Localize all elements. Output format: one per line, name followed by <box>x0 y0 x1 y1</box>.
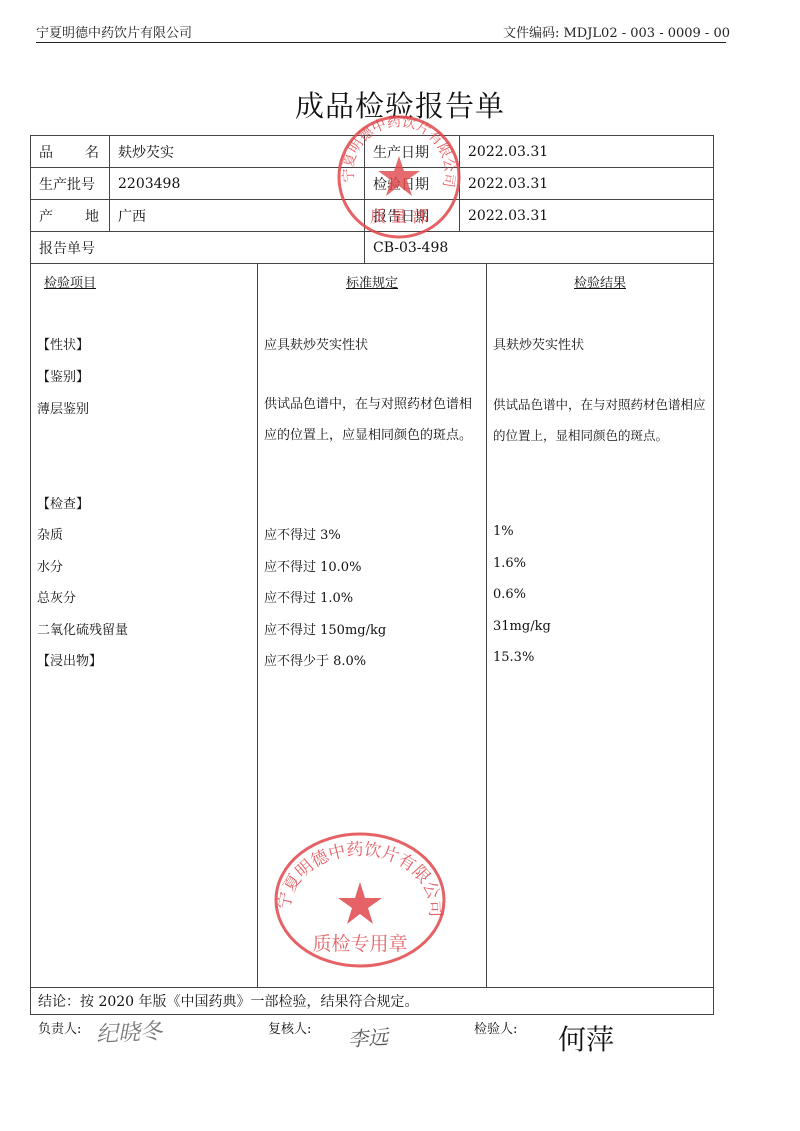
report-date-value: 2022.03.31 <box>460 200 713 231</box>
column-items: 检验项目 【性状】 【鉴别】 薄层鉴别 【检查】 杂质 水分 总灰分 二氧化硫残… <box>31 264 258 987</box>
origin-label: 产 地 <box>31 200 110 231</box>
responsible-label: 负责人: <box>38 1018 81 1037</box>
standard-impurity: 应不得过 3% <box>264 524 341 543</box>
report-sheet: 品 名 麸炒芡实 生产日期 2022.03.31 生产批号 2203498 检验… <box>30 135 714 1015</box>
production-date-value: 2022.03.31 <box>460 136 713 167</box>
column-results: 检验结果 具麸炒芡实性状 供试品色谱中，在与对照药材色谱相应的位置上，显相同颜色… <box>487 264 713 987</box>
production-date-label: 生产日期 <box>365 136 460 167</box>
product-name-value: 麸炒芡实 <box>110 136 365 167</box>
info-row-batch: 生产批号 2203498 检验日期 2022.03.31 <box>31 168 713 200</box>
report-no-label: 报告单号 <box>31 232 365 263</box>
item-moisture: 水分 <box>37 556 63 575</box>
standard-extract: 应不得少于 8.0% <box>264 650 366 669</box>
info-row-origin: 产 地 广西 报告日期 2022.03.31 <box>31 200 713 232</box>
results-table: 检验项目 【性状】 【鉴别】 薄层鉴别 【检查】 杂质 水分 总灰分 二氧化硫残… <box>31 264 713 988</box>
product-name-label: 品 名 <box>31 136 110 167</box>
item-total-ash: 总灰分 <box>37 587 76 606</box>
column-standards: 标准规定 应具麸炒芡实性状 供试品色谱中，在与对照药材色谱相应的位置上，应显相同… <box>258 264 487 987</box>
label-char: 名 <box>85 142 99 162</box>
document-number-value: MDJL02 - 003 - 0009 - 00 <box>563 26 730 41</box>
standard-moisture: 应不得过 10.0% <box>264 556 361 575</box>
conclusion: 结论：按 2020 年版《中国药典》一部检验，结果符合规定。 <box>31 988 713 1014</box>
result-extract: 15.3% <box>493 650 534 665</box>
item-identification: 【鉴别】 <box>37 366 89 385</box>
page-title: 成品检验报告单 <box>0 84 800 125</box>
inspector-signature: 何萍 <box>558 1018 614 1058</box>
reviewer-label: 复核人: <box>268 1018 311 1037</box>
item-impurity: 杂质 <box>37 524 63 543</box>
inspector-label: 检验人: <box>474 1018 517 1037</box>
info-row-product: 品 名 麸炒芡实 生产日期 2022.03.31 <box>31 136 713 168</box>
standard-appearance: 应具麸炒芡实性状 <box>264 334 368 353</box>
responsible-signature: 纪晓冬 <box>95 1014 163 1048</box>
result-tlc: 供试品色谱中，在与对照药材色谱相应的位置上，显相同颜色的斑点。 <box>493 389 709 451</box>
standard-tlc: 供试品色谱中，在与对照药材色谱相应的位置上，应显相同颜色的斑点。 <box>264 389 482 451</box>
item-inspection: 【检查】 <box>37 493 89 512</box>
result-appearance: 具麸炒芡实性状 <box>493 334 584 353</box>
document-number: 文件编码: MDJL02 - 003 - 0009 - 00 <box>503 22 730 41</box>
origin-value: 广西 <box>110 200 365 231</box>
report-no-value: CB-03-498 <box>365 232 713 263</box>
result-impurity: 1% <box>493 524 514 539</box>
label-char: 品 <box>39 142 53 162</box>
result-moisture: 1.6% <box>493 556 526 571</box>
batch-label: 生产批号 <box>31 168 110 199</box>
inspection-date-label: 检验日期 <box>365 168 460 199</box>
standard-so2-residue: 应不得过 150mg/kg <box>264 619 386 638</box>
header-divider <box>36 42 726 43</box>
result-total-ash: 0.6% <box>493 587 526 602</box>
company-header: 宁夏明德中药饮片有限公司 <box>36 22 192 41</box>
item-extract: 【浸出物】 <box>37 650 102 669</box>
label-char: 产 <box>39 206 53 226</box>
column-header-results: 检验结果 <box>487 272 713 291</box>
standard-total-ash: 应不得过 1.0% <box>264 587 353 606</box>
column-header-items: 检验项目 <box>44 272 96 291</box>
label-char: 地 <box>85 206 99 226</box>
document-number-label: 文件编码: <box>503 26 559 41</box>
column-header-standards: 标准规定 <box>258 272 486 291</box>
result-so2-residue: 31mg/kg <box>493 619 551 634</box>
info-row-report-no: 报告单号 CB-03-498 <box>31 232 713 264</box>
inspection-date-value: 2022.03.31 <box>460 168 713 199</box>
item-so2-residue: 二氧化硫残留量 <box>37 619 128 638</box>
reviewer-signature: 李远 <box>347 1021 389 1053</box>
item-appearance: 【性状】 <box>37 334 89 353</box>
batch-value: 2203498 <box>110 168 365 199</box>
item-tlc: 薄层鉴别 <box>37 398 89 417</box>
report-date-label: 报告日期 <box>365 200 460 231</box>
